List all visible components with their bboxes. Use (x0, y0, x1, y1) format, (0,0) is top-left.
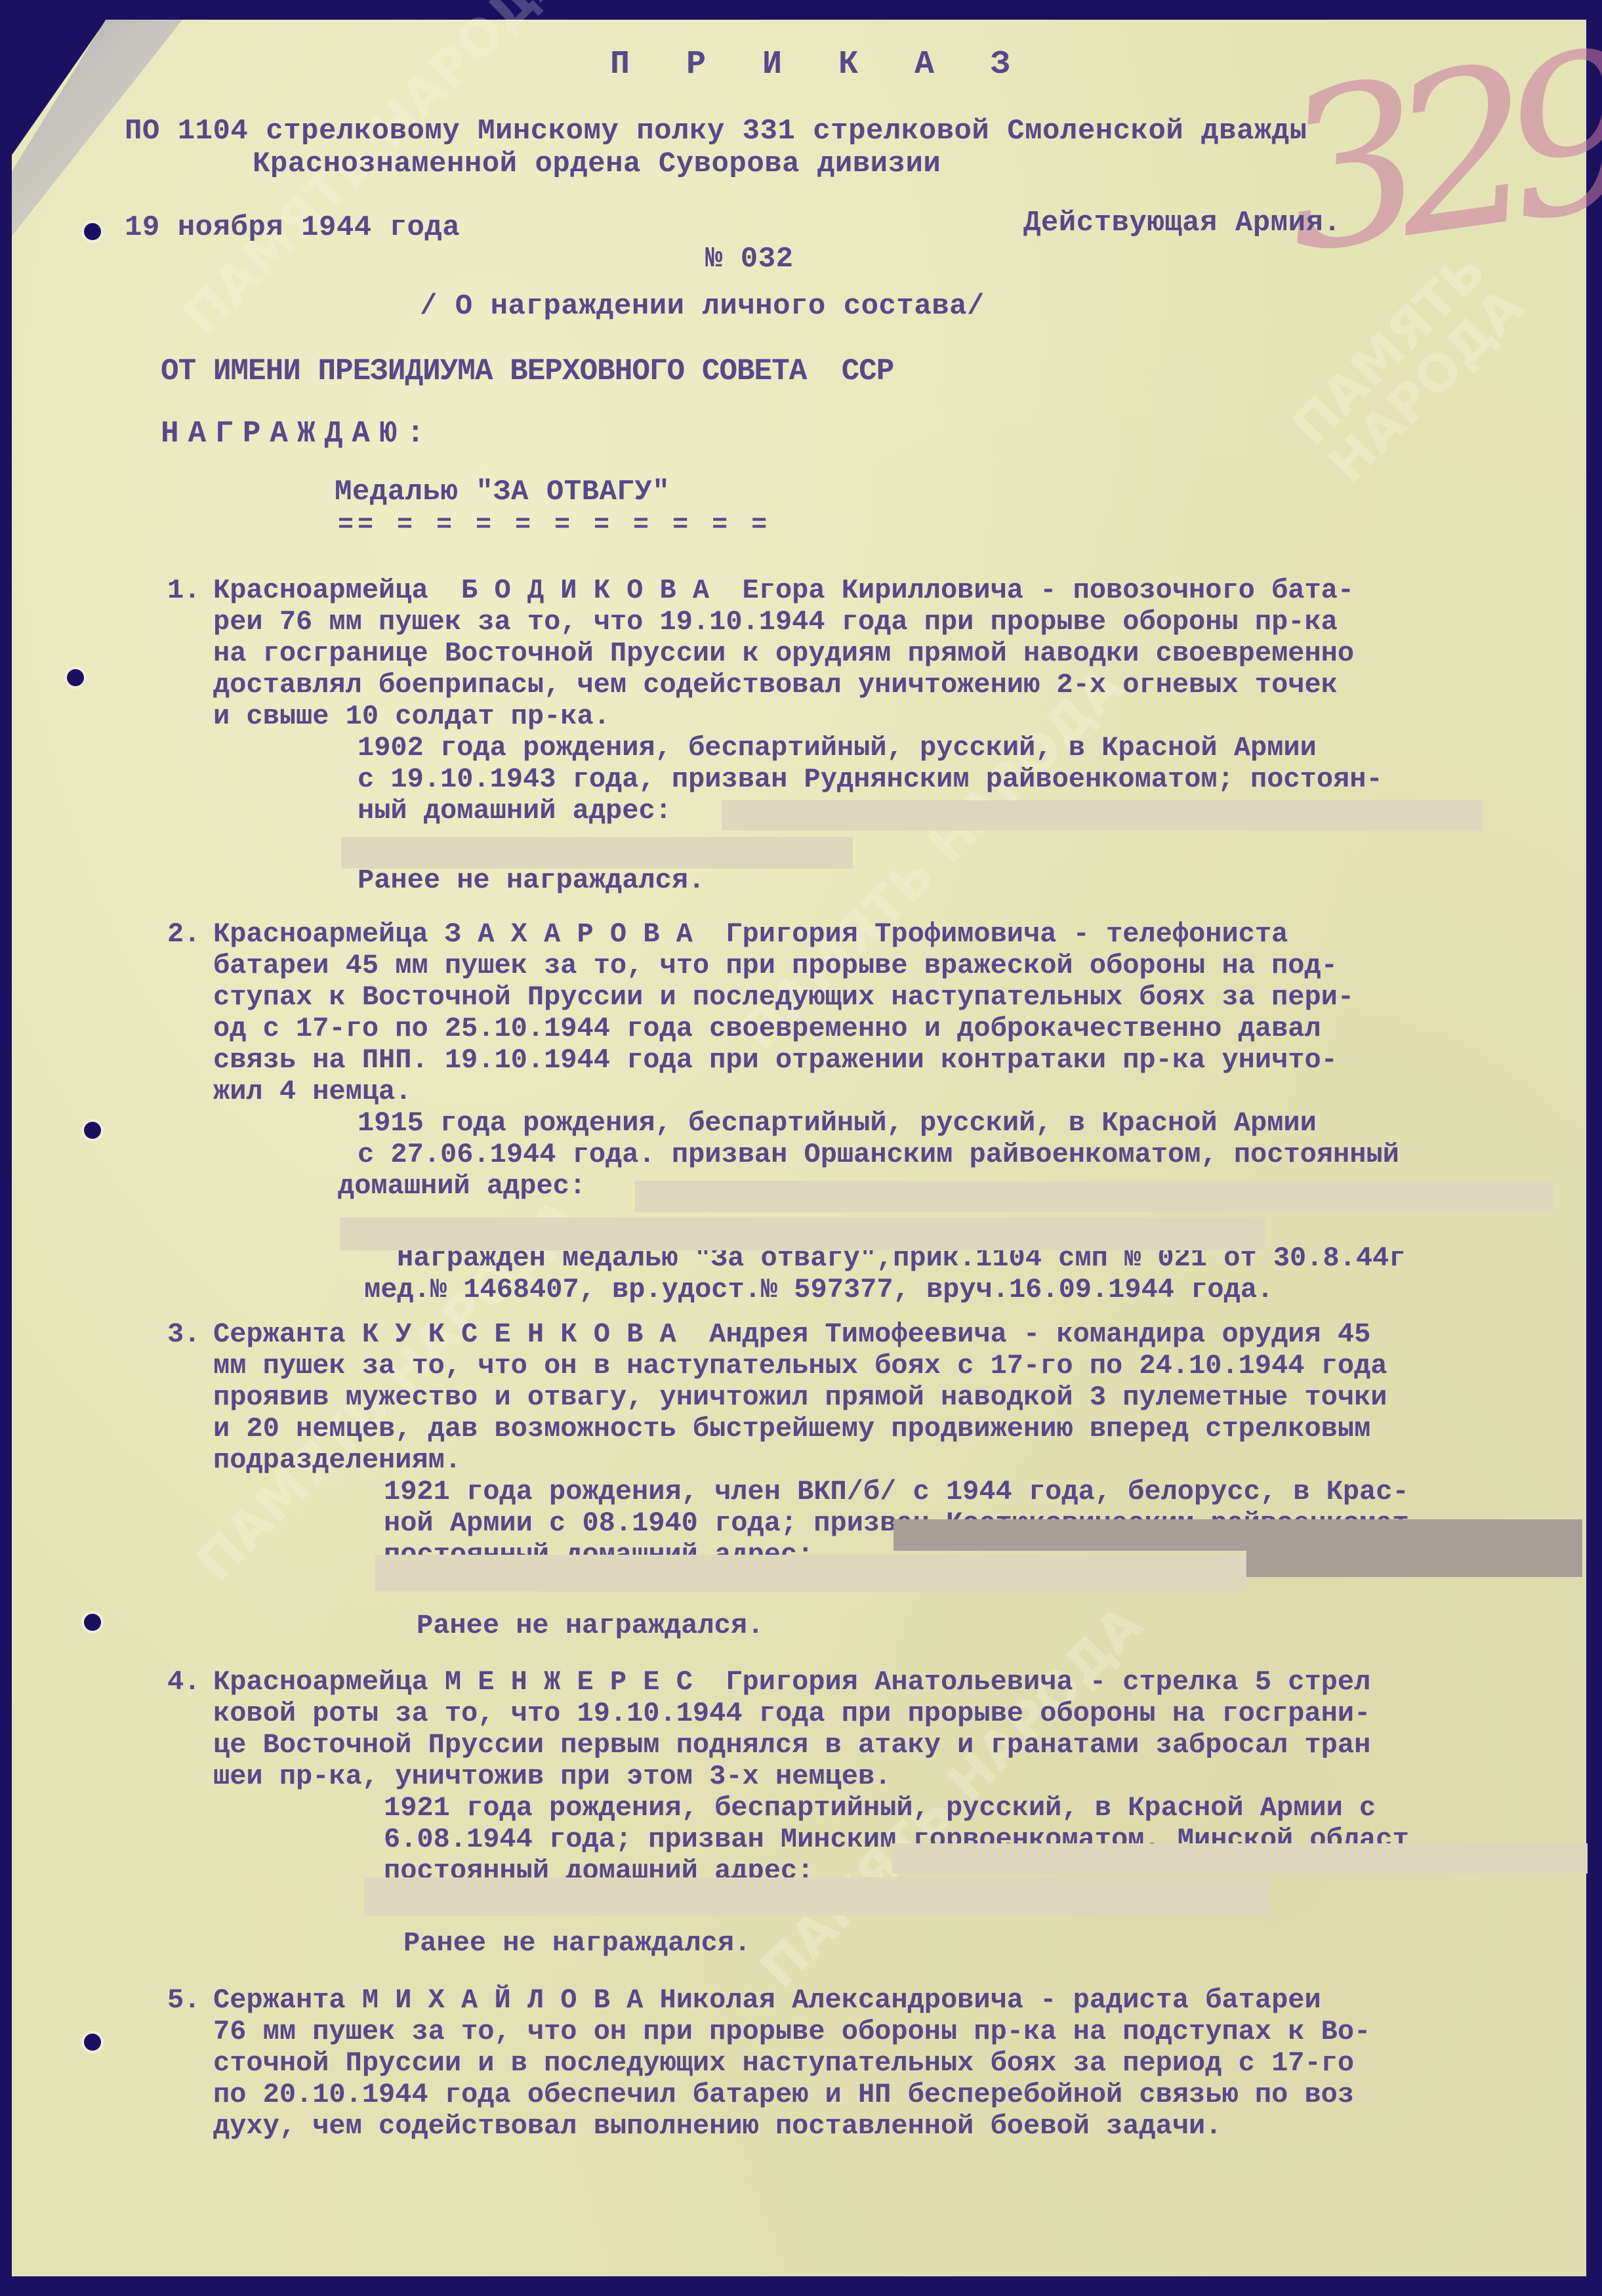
redacted-address (341, 837, 853, 869)
entry-text-line: Красноармейца З А Х А Р О В А Григория Т… (213, 918, 1565, 950)
entry-text-line: Сержанта К У К С Е Н К О В А Андрея Тимо… (213, 1319, 1565, 1350)
entry-number: 5. (167, 1984, 200, 2016)
entry-text-line: на госгранице Восточной Пруссии к орудия… (213, 638, 1565, 669)
previous-awards: Ранее не награждался. (213, 865, 1565, 896)
entry-text-line: подразделениям. (213, 1445, 1565, 1476)
unit-line-2: Краснознаменной ордена Суворова дивизии (253, 148, 941, 180)
previous-awards: Ранее не награждался. (213, 1927, 1565, 1959)
entry-text-line: и 20 немцев, дав возможность быстрейшему… (213, 1413, 1565, 1445)
location: Действующая Армия. (1023, 207, 1341, 239)
order-subject: / О награждении личного состава/ (420, 290, 985, 323)
entry-text-line: Сержанта М И Х А Й Л О В А Николая Алекс… (213, 1984, 1565, 2016)
unit-line-1: ПО 1104 стрелковому Минскому полку 331 с… (125, 115, 1307, 148)
entry-text-line: по 20.10.1944 года обеспечил батарею и Н… (213, 2079, 1565, 2110)
redacted-address (340, 1218, 1265, 1250)
document-title: П Р И К А З (610, 46, 1029, 83)
medal-underline: == = = = = = = = = = = (338, 510, 771, 540)
punch-hole (84, 2034, 101, 2051)
redacted-address (893, 1519, 1582, 1551)
entry-text-line: Красноармейца М Е Н Ж Е Р Е С Григория А… (213, 1666, 1565, 1698)
bio-line: 1921 года рождения, член ВКП/б/ с 1944 г… (213, 1476, 1565, 1507)
order-date: 19 ноября 1944 года (125, 211, 460, 244)
redacted-address (364, 1877, 1269, 1916)
redacted-address (375, 1555, 1246, 1591)
redacted-address (1246, 1551, 1582, 1577)
bio-line: с 27.06.1944 года. призван Оршанским рай… (213, 1139, 1565, 1170)
bio-line: 1915 года рождения, беспартийный, русски… (213, 1107, 1565, 1139)
bio-line: 1902 года рождения, беспартийный, русски… (213, 732, 1565, 764)
award-entry: 3. Сержанта К У К С Е Н К О В А Андрея Т… (167, 1319, 1565, 1641)
punch-hole (84, 1614, 101, 1631)
entry-text-line: реи 76 мм пушек за то, что 19.10.1944 го… (213, 606, 1565, 638)
handwritten-mark: 329 (1267, 9, 1580, 333)
award-entry: 5. Сержанта М И Х А Й Л О В А Николая Ал… (167, 1984, 1565, 2142)
entry-text-line: сточной Пруссии и в последующих наступат… (213, 2047, 1565, 2079)
medal-heading: Медалью "ЗА ОТВАГУ" (335, 476, 670, 508)
bio-line: с 19.10.1943 года, призван Руднянским ра… (213, 764, 1565, 795)
entry-number: 4. (167, 1666, 200, 1698)
bio-line: 1921 года рождения, беспартийный, русски… (213, 1792, 1565, 1824)
previous-awards: Ранее не награждался. (213, 1610, 1565, 1641)
entry-number: 1. (167, 575, 200, 606)
entry-text-line: мм пушек за то, что он в наступательных … (213, 1350, 1565, 1382)
entry-text-line: связь на ПНП. 19.10.1944 года при отраже… (213, 1044, 1565, 1076)
entry-text-line: доставлял боеприпасы, чем содействовал у… (213, 669, 1565, 701)
entry-text-line: ковой роты за то, что 19.10.1944 года пр… (213, 1698, 1565, 1729)
entry-text-line: и свыше 10 солдат пр-ка. (213, 701, 1565, 732)
redacted-address (722, 800, 1483, 830)
previous-awards: мед.№ 1468407, вр.удост.№ 597377, вруч.1… (213, 1274, 1565, 1305)
award-verb: НАГРАЖДАЮ: (161, 417, 434, 451)
entry-text-line: батареи 45 мм пушек за то, что при проры… (213, 950, 1565, 981)
entry-text-line: духу, чем содействовал выполнению постав… (213, 2110, 1565, 2142)
order-number: № 032 (705, 243, 794, 276)
entry-text-line: ступах к Восточной Пруссии и последующих… (213, 981, 1565, 1013)
redacted-address (635, 1181, 1553, 1212)
entry-text-line: жил 4 немца. (213, 1076, 1565, 1107)
entry-text-line: 76 мм пушек за то, что он при прорыве об… (213, 2016, 1565, 2047)
entry-text-line: Красноармейца Б О Д И К О В А Егора Кири… (213, 575, 1565, 606)
punch-hole (67, 669, 84, 686)
redacted-address (892, 1843, 1588, 1874)
entry-number: 3. (167, 1319, 200, 1350)
entry-text-line: це Восточной Пруссии первым поднялся в а… (213, 1729, 1565, 1761)
punch-hole (84, 1122, 101, 1139)
entry-number: 2. (167, 918, 200, 950)
entry-text-line: шеи пр-ка, уничтожив при этом 3-х немцев… (213, 1761, 1565, 1792)
entry-text-line: од с 17-го по 25.10.1944 года своевремен… (213, 1013, 1565, 1044)
punch-hole (84, 223, 101, 240)
entry-text-line: проявив мужество и отвагу, уничтожил пря… (213, 1382, 1565, 1413)
presidium-line: ОТ ИМЕНИ ПРЕЗИДИУМА ВЕРХОВНОГО СОВЕТА СС… (161, 354, 893, 388)
